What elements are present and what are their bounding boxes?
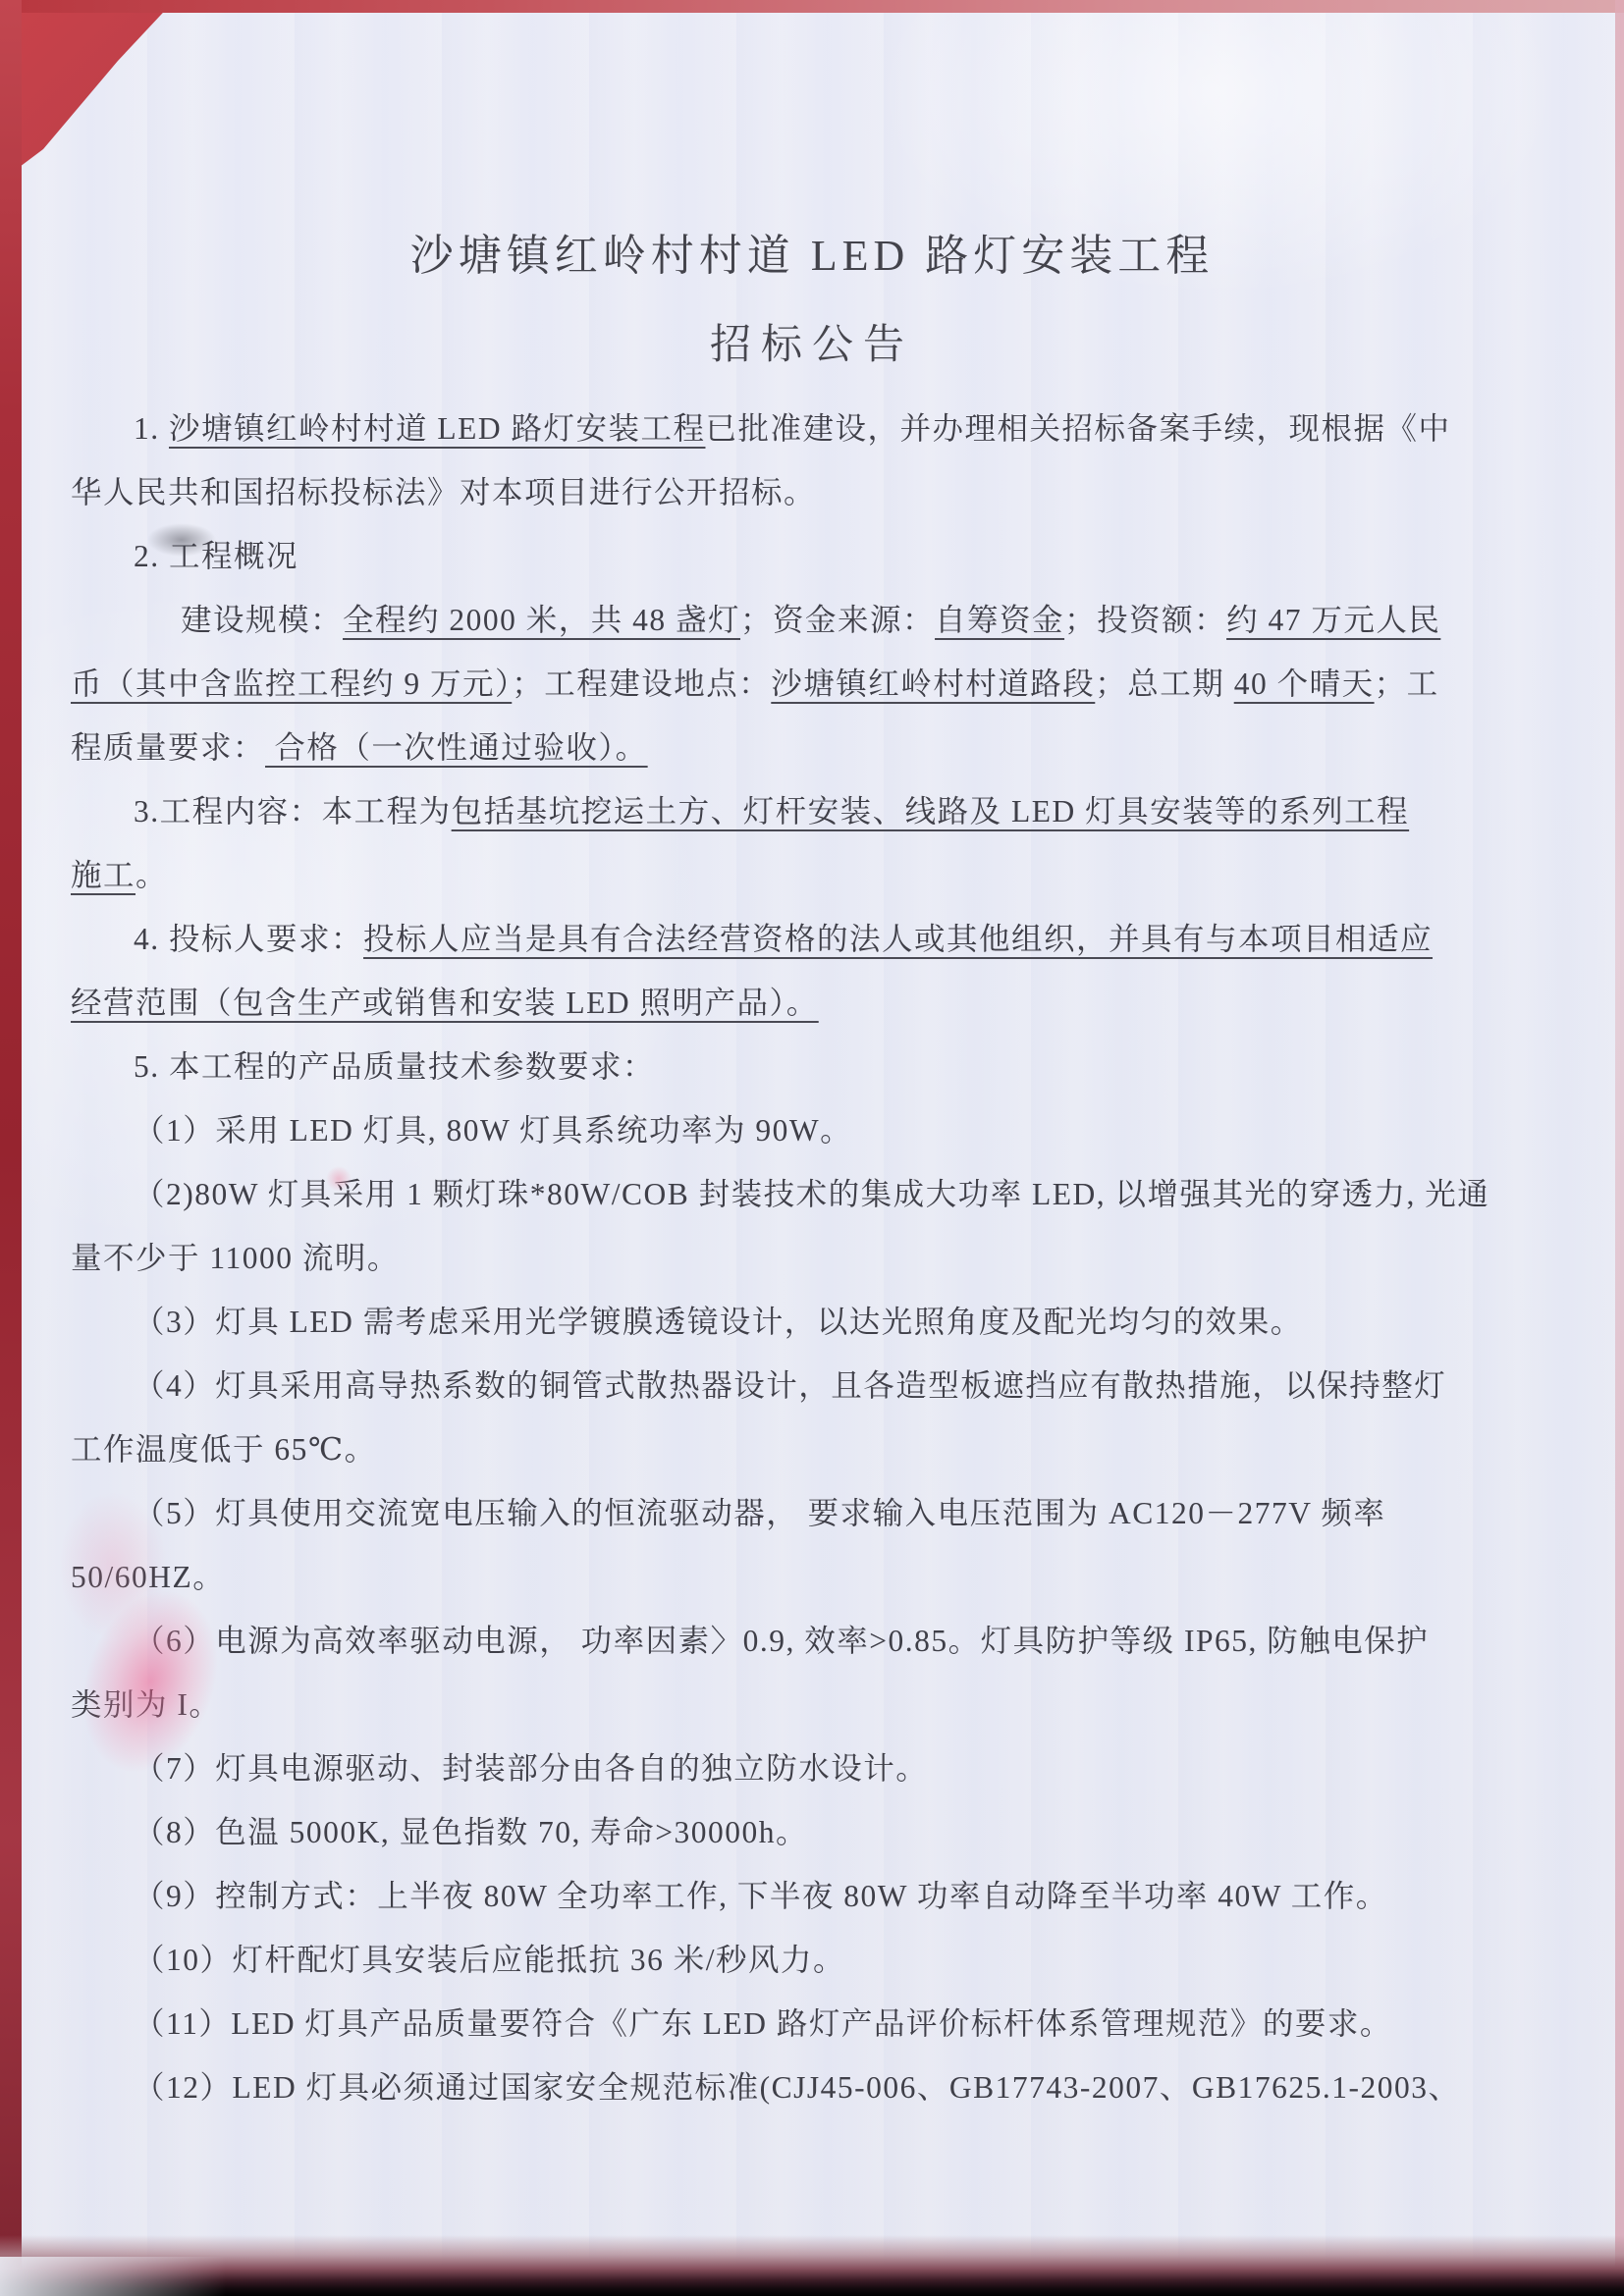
- text-segment: 50/60HZ。: [71, 1560, 225, 1594]
- text-line: 3.工程内容：本工程为包括基坑挖运土方、灯杆安装、线路及 LED 灯具安装等的系…: [71, 779, 1555, 843]
- underlined-text: 沙塘镇红岭村村道 LED 路灯安装工程: [169, 411, 705, 446]
- text-segment: ；工: [1375, 667, 1439, 701]
- underlined-text: 沙塘镇红岭村村道路段: [771, 667, 1095, 701]
- text-segment: ；总工期: [1095, 667, 1233, 701]
- underlined-text: 全程约 2000 米，共 48 盏灯: [343, 603, 740, 637]
- text-segment: （1）采用 LED 灯具, 80W 灯具系统功率为 90W。: [134, 1113, 852, 1148]
- document-body: 1. 沙塘镇红岭村村道 LED 路灯安装工程已批准建设，并办理相关招标备案手续，…: [71, 397, 1555, 2119]
- text-line: 类别为 I。: [71, 1673, 1555, 1736]
- text-line: 量不少于 11000 流明。: [71, 1226, 1555, 1290]
- text-segment: （8）色温 5000K, 显色指数 70, 寿命>30000h。: [134, 1815, 808, 1849]
- text-segment: （7）灯具电源驱动、封装部分由各自的独立防水设计。: [134, 1751, 928, 1786]
- text-line: 4. 投标人要求：投标人应当是具有合法经营资格的法人或其他组织，并具有与本项目相…: [71, 907, 1555, 971]
- text-segment: 华人民共和国招标投标法》对本项目进行公开招标。: [71, 475, 816, 509]
- underlined-text: 40 个晴天: [1234, 667, 1375, 701]
- text-segment: ；工程建设地点：: [512, 667, 771, 701]
- text-line: 经营范围（包含生产或销售和安装 LED 照明产品）。: [71, 971, 1555, 1035]
- text-segment: 类别为 I。: [71, 1687, 221, 1722]
- text-segment: （2)80W 灯具采用 1 颗灯珠*80W/COB 封装技术的集成大功率 LED…: [134, 1177, 1489, 1211]
- text-line: 2. 工程概况: [71, 524, 1555, 588]
- text-line: 建设规模：全程约 2000 米，共 48 盏灯；资金来源：自筹资金；投资额：约 …: [71, 588, 1555, 652]
- text-line: 工作温度低于 65℃。: [71, 1417, 1555, 1481]
- text-line: （3）灯具 LED 需考虑采用光学镀膜透镜设计，以达光照角度及配光均匀的效果。: [71, 1290, 1555, 1354]
- text-segment: 工作温度低于 65℃。: [71, 1432, 377, 1467]
- text-segment: 1.: [134, 411, 169, 446]
- text-segment: 建设规模：: [181, 603, 343, 637]
- underlined-text: 包括基坑挖运土方、灯杆安装、线路及 LED 灯具安装等的系列工程: [452, 794, 1409, 828]
- text-line: （10）灯杆配灯具安装后应能抵抗 36 米/秒风力。: [71, 1928, 1555, 1992]
- text-line: 华人民共和国招标投标法》对本项目进行公开招标。: [71, 460, 1555, 524]
- text-segment: 量不少于 11000 流明。: [71, 1241, 400, 1275]
- document-title: 沙塘镇红岭村村道 LED 路灯安装工程: [0, 220, 1624, 283]
- text-segment: 。: [135, 858, 168, 892]
- text-segment: 4. 投标人要求：: [134, 922, 363, 956]
- text-segment: （5）灯具使用交流宽电压输入的恒流驱动器， 要求输入电压范围为 AC120－27…: [134, 1496, 1385, 1530]
- text-segment: （3）灯具 LED 需考虑采用光学镀膜透镜设计，以达光照角度及配光均匀的效果。: [134, 1305, 1303, 1339]
- underlined-text: 币（其中含监控工程约 9 万元）: [71, 667, 512, 701]
- text-segment: ；投资额：: [1064, 603, 1226, 637]
- underlined-text: 约 47 万元人民: [1226, 603, 1440, 637]
- text-line: （5）灯具使用交流宽电压输入的恒流驱动器， 要求输入电压范围为 AC120－27…: [71, 1481, 1555, 1545]
- underlined-text: 自筹资金: [935, 603, 1064, 637]
- text-segment: （4）灯具采用高导热系数的铜管式散热器设计，且各造型板遮挡应有散热措施，以保持整…: [134, 1368, 1446, 1403]
- text-line: （1）采用 LED 灯具, 80W 灯具系统功率为 90W。: [71, 1098, 1555, 1162]
- underlined-text: 合格（一次性通过验收）。: [265, 730, 648, 765]
- scan-edge-top: [0, 0, 1624, 13]
- text-line: （12）LED 灯具必须通过国家安全规范标准(CJJ45-006、GB17743…: [71, 2056, 1555, 2119]
- text-segment: （6）电源为高效率驱动电源， 功率因素〉0.9, 效率>0.85。灯具防护等级 …: [134, 1624, 1429, 1658]
- text-segment: ；资金来源：: [740, 603, 935, 637]
- underlined-text: 投标人应当是具有合法经营资格的法人或其他组织，并具有与本项目相适应: [363, 922, 1433, 956]
- text-line: 5. 本工程的产品质量技术参数要求：: [71, 1035, 1555, 1098]
- text-line: （7）灯具电源驱动、封装部分由各自的独立防水设计。: [71, 1736, 1555, 1800]
- text-segment: 3.工程内容：本工程为: [134, 794, 452, 828]
- text-line: （8）色温 5000K, 显色指数 70, 寿命>30000h。: [71, 1800, 1555, 1864]
- text-line: 施工。: [71, 843, 1555, 907]
- text-segment: 已批准建设，并办理相关招标备案手续，现根据《中: [705, 411, 1450, 446]
- text-segment: （9）控制方式：上半夜 80W 全功率工作, 下半夜 80W 功率自动降至半功率…: [134, 1879, 1388, 1913]
- text-line: （4）灯具采用高导热系数的铜管式散热器设计，且各造型板遮挡应有散热措施，以保持整…: [71, 1354, 1555, 1417]
- text-line: （9）控制方式：上半夜 80W 全功率工作, 下半夜 80W 功率自动降至半功率…: [71, 1864, 1555, 1928]
- scan-edge-corner-bottomleft: [0, 2257, 226, 2296]
- text-line: 1. 沙塘镇红岭村村道 LED 路灯安装工程已批准建设，并办理相关招标备案手续，…: [71, 397, 1555, 460]
- underlined-text: 经营范围（包含生产或销售和安装 LED 照明产品）。: [71, 986, 819, 1020]
- text-line: 50/60HZ。: [71, 1545, 1555, 1609]
- scan-edge-bottom: [0, 2235, 1624, 2296]
- text-segment: 2. 工程概况: [134, 539, 298, 573]
- text-segment: （10）灯杆配灯具安装后应能抵抗 36 米/秒风力。: [134, 1943, 845, 1977]
- underlined-text: 施工: [71, 858, 135, 892]
- text-line: （6）电源为高效率驱动电源， 功率因素〉0.9, 效率>0.85。灯具防护等级 …: [71, 1609, 1555, 1673]
- text-line: （11）LED 灯具产品质量要符合《广东 LED 路灯产品评价标杆体系管理规范》…: [71, 1992, 1555, 2056]
- text-segment: 程质量要求：: [71, 730, 265, 765]
- text-line: 币（其中含监控工程约 9 万元）；工程建设地点：沙塘镇红岭村村道路段；总工期 4…: [71, 652, 1555, 716]
- text-line: 程质量要求： 合格（一次性通过验收）。: [71, 716, 1555, 779]
- text-segment: （11）LED 灯具产品质量要符合《广东 LED 路灯产品评价标杆体系管理规范》…: [134, 2006, 1392, 2041]
- text-line: （2)80W 灯具采用 1 颗灯珠*80W/COB 封装技术的集成大功率 LED…: [71, 1162, 1555, 1226]
- scan-edge-corner-topleft: [0, 0, 196, 182]
- scanned-document-page: 沙塘镇红岭村村道 LED 路灯安装工程 招标公告 1. 沙塘镇红岭村村道 LED…: [0, 0, 1624, 2296]
- text-segment: 5. 本工程的产品质量技术参数要求：: [134, 1049, 655, 1084]
- text-segment: （12）LED 灯具必须通过国家安全规范标准(CJJ45-006、GB17743…: [134, 2070, 1461, 2105]
- document-subtitle: 招标公告: [0, 312, 1624, 371]
